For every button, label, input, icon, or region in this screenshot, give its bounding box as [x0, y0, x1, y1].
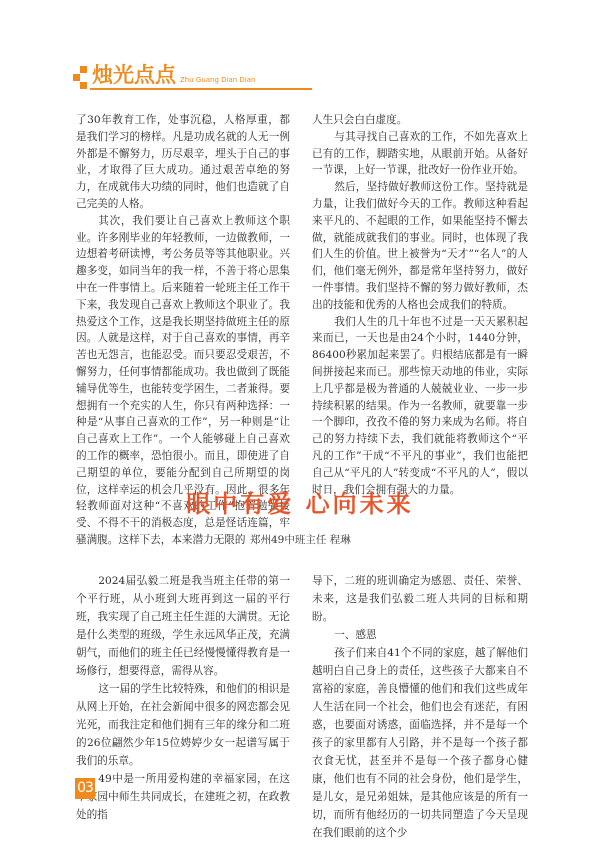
- section-title: 烛光点点: [92, 62, 176, 88]
- paragraph: 49中是一所用爱构建的幸福家园，在这个家园中师生共同成长，在建班之初，在政教处的…: [76, 770, 290, 824]
- section-heading: 一、感恩: [312, 626, 528, 644]
- article1-right-column: 人生只会白白虚度。 与其寻找自己喜欢的工作，不如先喜欢上已有的工作，脚踏实地，从…: [312, 112, 528, 498]
- paragraph: 我们人生的几十年也不过是一天天累积起来而已，一天也是由24个小时，1440分钟，…: [312, 314, 528, 499]
- section-header: 烛光点点 Zhu Guang Dian Dian: [72, 62, 312, 92]
- page-number: 03: [75, 778, 95, 799]
- paragraph: 了30年教育工作，处事沉稳，人格厚重，都是我们学习的榜样。凡是功成名就的人无一例…: [76, 112, 290, 213]
- header-divider: [90, 88, 312, 90]
- article-title: 眼中有爱 心向未来: [0, 488, 600, 520]
- article2-right-column: 导下，二班的班训确定为感恩、责任、荣誉、未来，这是我们弘毅二班人共同的目标和期盼…: [312, 572, 528, 842]
- paragraph: 这一届的学生比较特殊，和他们的相识是从网上开始，在社会新闻中很多的网恋都会见光死…: [76, 680, 290, 770]
- paragraph: 孩子们来自41个不同的家庭，越了解他们越明白自己身上的责任，这些孩子大都来自不富…: [312, 644, 528, 842]
- paragraph: 人生只会白白虚度。: [312, 112, 528, 129]
- logo-squares-icon: [72, 66, 90, 90]
- paragraph: 导下，二班的班训确定为感恩、责任、荣誉、未来，这是我们弘毅二班人共同的目标和期盼…: [312, 572, 528, 626]
- article-byline: 郑州49中班主任 程琳: [250, 533, 351, 547]
- article1-left-column: 了30年教育工作，处事沉稳，人格厚重，都是我们学习的榜样。凡是功成名就的人无一例…: [76, 112, 290, 549]
- paragraph: 2024届弘毅二班是我当班主任带的第一个平行班，从小班到大班再到这一届的平行班，…: [76, 572, 290, 680]
- paragraph: 与其寻找自己喜欢的工作，不如先喜欢上已有的工作，脚踏实地，从眼前开始。从备好一节…: [312, 129, 528, 179]
- section-title-pinyin: Zhu Guang Dian Dian: [180, 75, 256, 85]
- article2-left-column: 2024届弘毅二班是我当班主任带的第一个平行班，从小班到大班再到这一届的平行班，…: [76, 572, 290, 824]
- paragraph: 然后，坚持做好教师这份工作。坚持就是力量，让我们做好今天的工作。教师这种看起来平…: [312, 179, 528, 313]
